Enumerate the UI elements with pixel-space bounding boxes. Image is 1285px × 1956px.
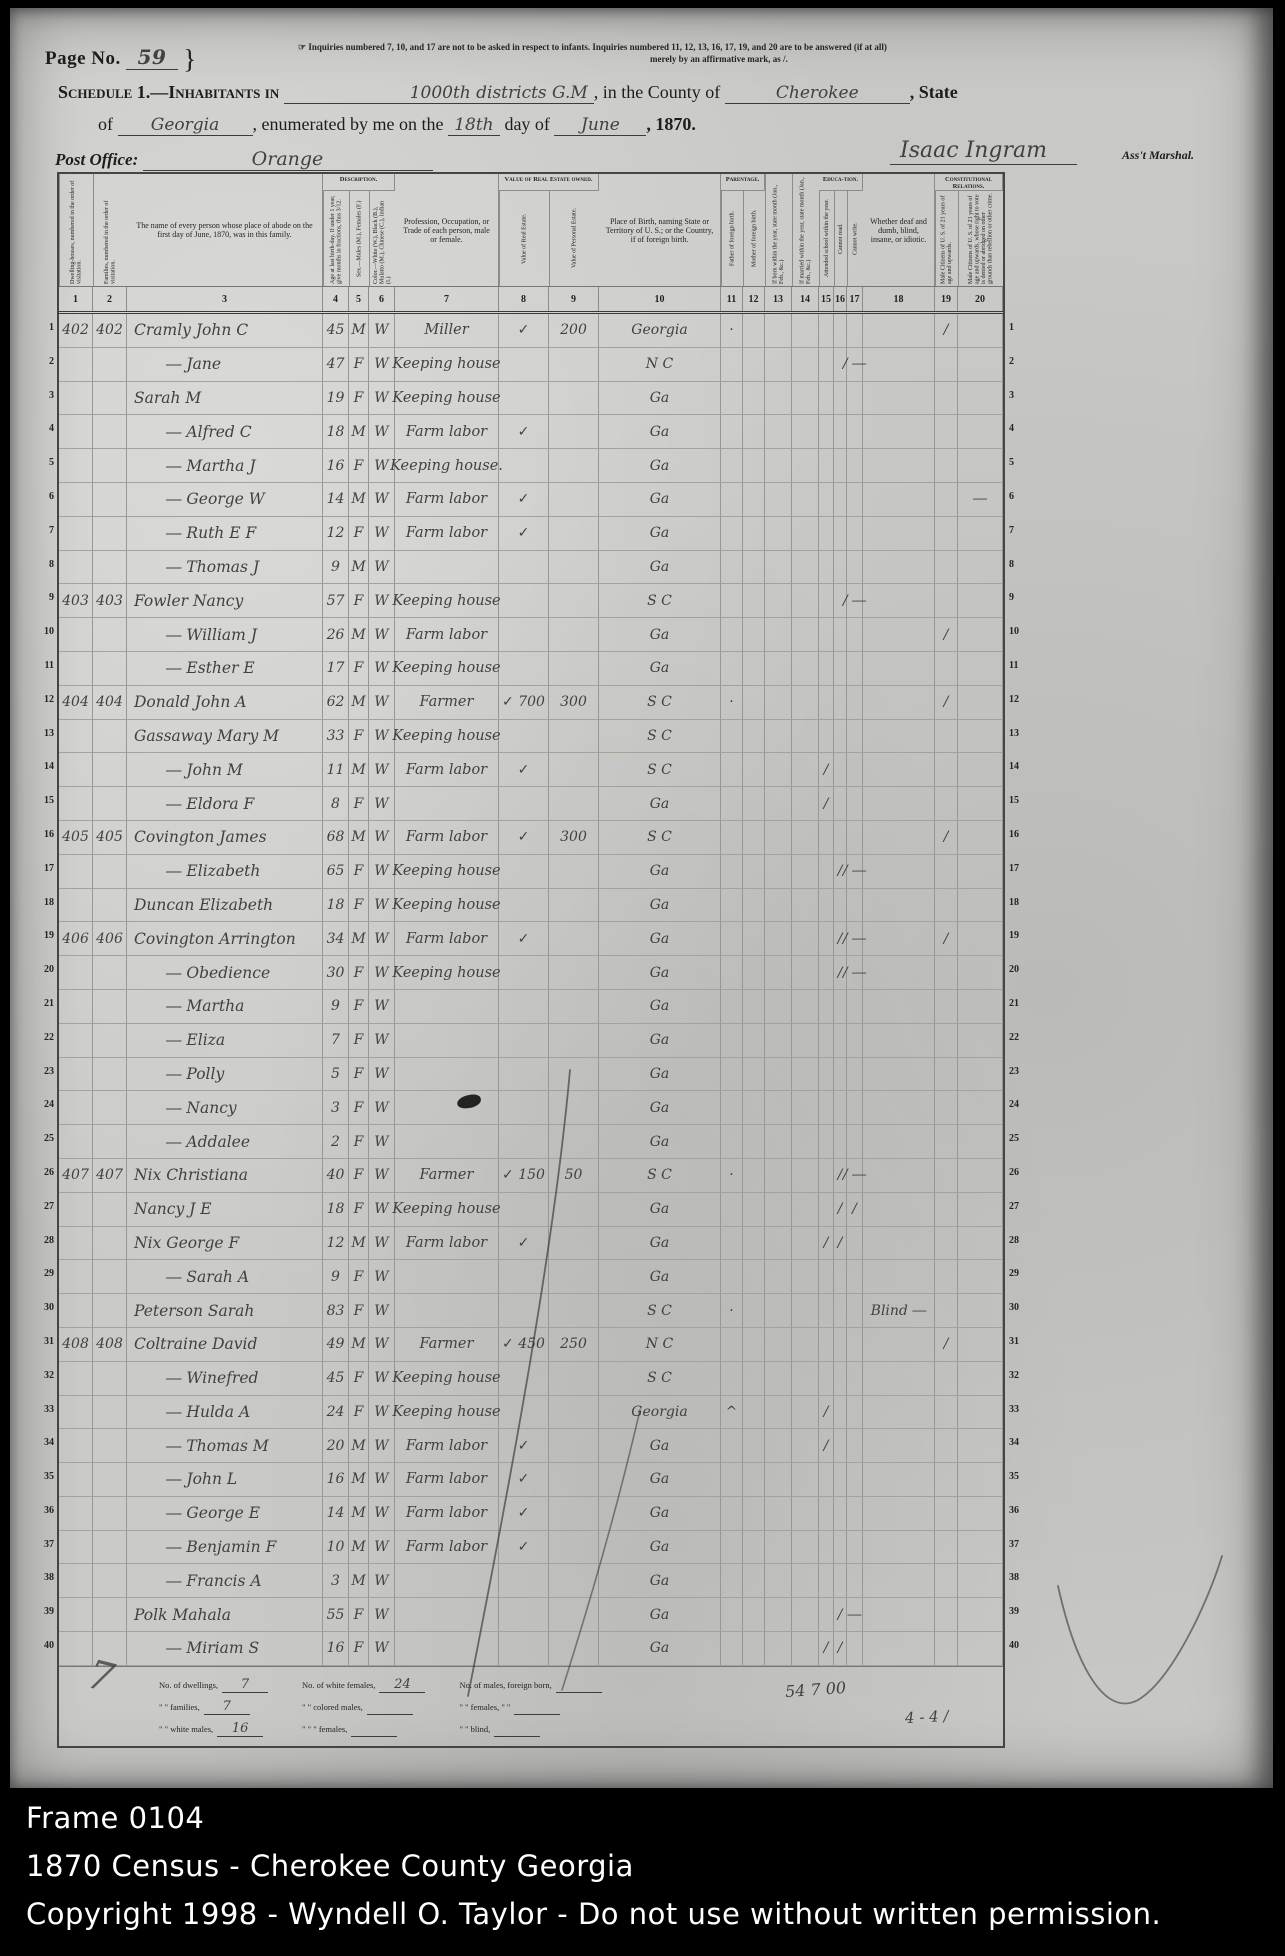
cell-r7-c12 (743, 517, 765, 551)
cell-text: ✓ (518, 829, 530, 845)
cell-r6-c7: Farm labor (395, 483, 499, 517)
cell-r21-c3: ― Martha (127, 990, 323, 1024)
cell-text: · (729, 322, 733, 338)
cell-text: ✓ (518, 1235, 530, 1251)
cell-text: Keeping house (392, 593, 500, 609)
table-row-31: 408408Coltraine David49MWFarmer✓ 450250N… (59, 1328, 1003, 1362)
gutter-left-row-25: 25 (38, 1124, 54, 1158)
cell-r9-c17: / ― (847, 584, 863, 618)
cell-r17-c13 (765, 855, 792, 889)
gutter-left-row-19: 19 (38, 921, 54, 955)
cell-r16-c3: Covington James (127, 821, 323, 855)
gutter-left-row-36: 36 (38, 1496, 54, 1530)
cell-text: Ga (650, 458, 670, 474)
gutter-right-row-5: 5 (1009, 448, 1025, 482)
cell-r11-c1 (59, 652, 93, 686)
column-number-7: 7 (395, 287, 499, 311)
cell-r33-c15: / (819, 1396, 834, 1430)
cell-r31-c11 (721, 1328, 743, 1362)
cell-text: W (374, 660, 388, 676)
cell-text: Georgia (631, 1404, 687, 1420)
cell-r29-c16 (834, 1260, 847, 1294)
tally-value-text (372, 1721, 376, 1736)
gutter-right-row-16: 16 (1009, 820, 1025, 854)
cell-text: Keeping house (392, 1201, 500, 1217)
form-instructions-line2: merely by an affirmative mark, as /. (650, 54, 788, 64)
cell-r27-c1 (59, 1193, 93, 1227)
gutter-right-row-11: 11 (1009, 651, 1025, 685)
cell-r3-c12 (743, 382, 765, 416)
cell-text: W (374, 762, 388, 778)
cell-r2-c3: ― Jane (127, 348, 323, 382)
year-label: , 1870. (646, 114, 696, 134)
cell-r19-c4: 34 (323, 922, 349, 956)
cell-text: ✓ (518, 322, 530, 338)
cell-text: ― Winefred (134, 1369, 258, 1387)
cell-text: ✓ 150 (502, 1167, 545, 1183)
group-header-constitutional: Constitutional Relations. (935, 174, 1003, 191)
cell-r24-c10: Ga (599, 1091, 721, 1125)
cell-text: 200 (560, 322, 587, 338)
cell-r3-c2 (93, 382, 127, 416)
cell-text: Ga (650, 1438, 670, 1454)
state-value: Georgia (118, 115, 253, 136)
cell-r22-c19 (935, 1024, 958, 1058)
cell-r35-c17 (847, 1463, 863, 1497)
cell-r1-c2: 402 (93, 314, 127, 348)
cell-text: Farm labor (406, 491, 487, 507)
tally-value (494, 1721, 540, 1737)
cell-text: N C (646, 1336, 673, 1352)
cell-r19-c11 (721, 922, 743, 956)
cell-r31-c4: 49 (323, 1328, 349, 1362)
cell-r22-c7 (395, 1024, 499, 1058)
cell-r17-c14 (792, 855, 819, 889)
cell-r36-c7: Farm labor (395, 1497, 499, 1531)
cell-r30-c13 (765, 1294, 792, 1328)
cell-r37-c9 (549, 1531, 599, 1565)
cell-r2-c7: Keeping house (395, 348, 499, 382)
cell-text: Farm labor (406, 525, 487, 541)
cell-r32-c10: S C (599, 1362, 721, 1396)
cell-r30-c9 (549, 1294, 599, 1328)
cell-r6-c18 (863, 483, 935, 517)
cell-text: 406 (62, 931, 89, 947)
cell-r8-c6: W (369, 551, 395, 585)
cell-r32-c14 (792, 1362, 819, 1396)
cell-text: Peterson Sarah (134, 1302, 254, 1320)
cell-r39-c7 (395, 1598, 499, 1632)
cell-r17-c8 (499, 855, 549, 889)
cell-text: / (824, 1404, 829, 1420)
cell-r12-c11: · (721, 686, 743, 720)
cell-text: F (354, 897, 364, 913)
cell-r30-c8 (499, 1294, 549, 1328)
cell-r21-c10: Ga (599, 990, 721, 1024)
cell-r9-c11 (721, 584, 743, 618)
column-heading-6: Color.—White (W.), Black (B.), Mulatto (… (369, 191, 395, 286)
cell-r13-c17 (847, 720, 863, 754)
cell-text: 68 (327, 829, 345, 845)
cell-r6-c9 (549, 483, 599, 517)
cell-text: W (374, 458, 388, 474)
cell-text: W (374, 998, 388, 1014)
column-number-2: 2 (93, 287, 127, 311)
column-number-19: 19 (935, 287, 958, 311)
cell-text: F (354, 1167, 364, 1183)
cell-r9-c3: Fowler Nancy (127, 584, 323, 618)
cell-r27-c5: F (349, 1193, 369, 1227)
column-heading-17: Cannot write. (847, 191, 863, 286)
cell-r38-c18 (863, 1564, 935, 1598)
cell-r1-c14 (792, 314, 819, 348)
cell-text: 40 (327, 1167, 345, 1183)
cell-r14-c18 (863, 753, 935, 787)
column-number-4: 4 (323, 287, 349, 311)
cell-r19-c18 (863, 922, 935, 956)
cell-r5-c3: ― Martha J (127, 449, 323, 483)
cell-r3-c7: Keeping house (395, 382, 499, 416)
cell-r4-c20 (958, 415, 1003, 449)
gutter-right-row-19: 19 (1009, 921, 1025, 955)
cell-r26-c13 (765, 1159, 792, 1193)
cell-r15-c17 (847, 787, 863, 821)
cell-r29-c8 (499, 1260, 549, 1294)
cell-r14-c19 (935, 753, 958, 787)
gutter-right-row-10: 10 (1009, 617, 1025, 651)
cell-text: S C (647, 829, 672, 845)
cell-r13-c19 (935, 720, 958, 754)
cell-r37-c1 (59, 1531, 93, 1565)
cell-text: / (944, 1336, 949, 1352)
cell-text: M (351, 627, 365, 643)
cell-text: Ga (650, 660, 670, 676)
cell-r8-c7 (395, 551, 499, 585)
cell-r5-c1 (59, 449, 93, 483)
cell-r36-c14 (792, 1497, 819, 1531)
cell-r1-c5: M (349, 314, 369, 348)
gutter-right-row-1: 1 (1009, 313, 1025, 347)
cell-r12-c19: / (935, 686, 958, 720)
cell-r13-c13 (765, 720, 792, 754)
cell-text: W (374, 1404, 388, 1420)
cell-r20-c15 (819, 956, 834, 990)
column-heading-14: If married within the year, state month … (792, 174, 819, 286)
cell-r2-c12 (743, 348, 765, 382)
cell-r15-c8 (499, 787, 549, 821)
cell-r21-c5: F (349, 990, 369, 1024)
cell-r30-c16 (834, 1294, 847, 1328)
cell-r27-c7: Keeping house (395, 1193, 499, 1227)
cell-r12-c12 (743, 686, 765, 720)
column-heading-19: Male Citizens of U. S. of 21 years of ag… (935, 191, 958, 286)
cell-r40-c19 (935, 1632, 958, 1666)
cell-r34-c10: Ga (599, 1429, 721, 1463)
table-row-36: ― George E14MWFarm labor✓Ga (59, 1497, 1003, 1531)
cell-text: M (351, 322, 365, 338)
cell-r15-c7 (395, 787, 499, 821)
cell-r33-c10: Georgia (599, 1396, 721, 1430)
cell-r3-c13 (765, 382, 792, 416)
cell-r11-c13 (765, 652, 792, 686)
cell-text: M (351, 1505, 365, 1521)
cell-text: W (374, 1100, 388, 1116)
cell-r16-c17 (847, 821, 863, 855)
cell-r29-c9 (549, 1260, 599, 1294)
cell-r6-c3: ― George W (127, 483, 323, 517)
cell-r9-c12 (743, 584, 765, 618)
column-number-12: 12 (743, 287, 765, 311)
cell-r17-c18 (863, 855, 935, 889)
column-heading-9: Value of Personal Estate. (549, 191, 599, 286)
cell-r14-c13 (765, 753, 792, 787)
cell-r34-c2 (93, 1429, 127, 1463)
table-row-11: ― Esther E17FWKeeping houseGa (59, 652, 1003, 686)
cell-r23-c17 (847, 1058, 863, 1092)
cell-r21-c17 (847, 990, 863, 1024)
table-row-4: ― Alfred C18MWFarm labor✓Ga (59, 415, 1003, 449)
gutter-left-row-29: 29 (38, 1259, 54, 1293)
cell-r24-c15 (819, 1091, 834, 1125)
cell-r8-c16 (834, 551, 847, 585)
gutter-left-row-39: 39 (38, 1597, 54, 1631)
cell-r26-c6: W (369, 1159, 395, 1193)
cell-r28-c1 (59, 1227, 93, 1261)
cell-r14-c15: / (819, 753, 834, 787)
cell-r1-c18 (863, 314, 935, 348)
cell-r32-c2 (93, 1362, 127, 1396)
cell-r11-c15 (819, 652, 834, 686)
cell-r19-c5: M (349, 922, 369, 956)
page-number-line: Page No. 59 } (45, 40, 197, 71)
cell-r2-c2 (93, 348, 127, 382)
cell-text: W (374, 525, 388, 541)
cell-r36-c10: Ga (599, 1497, 721, 1531)
cell-r3-c8 (499, 382, 549, 416)
cell-r10-c11 (721, 618, 743, 652)
cell-r35-c9 (549, 1463, 599, 1497)
cell-r37-c19 (935, 1531, 958, 1565)
cell-r2-c9 (549, 348, 599, 382)
cell-r33-c3: ― Hulda A (127, 1396, 323, 1430)
cell-r11-c11 (721, 652, 743, 686)
cell-r33-c5: F (349, 1396, 369, 1430)
cell-r33-c11: ^ (721, 1396, 743, 1430)
cell-r36-c8: ✓ (499, 1497, 549, 1531)
cell-r18-c8 (499, 889, 549, 923)
cell-r17-c15 (819, 855, 834, 889)
cell-text: F (354, 796, 364, 812)
cell-r37-c8: ✓ (499, 1531, 549, 1565)
cell-r23-c2 (93, 1058, 127, 1092)
cell-r29-c6: W (369, 1260, 395, 1294)
column-heading-18: Whether deaf and dumb, blind, insane, or… (863, 174, 935, 286)
cell-text: 45 (327, 1370, 345, 1386)
cell-r40-c20 (958, 1632, 1003, 1666)
cell-r18-c15 (819, 889, 834, 923)
cell-r25-c17 (847, 1125, 863, 1159)
gutter-right-row-21: 21 (1009, 989, 1025, 1023)
cell-r4-c12 (743, 415, 765, 449)
cell-text: ^ (726, 1404, 738, 1420)
cell-text: S C (647, 728, 672, 744)
cell-r33-c18 (863, 1396, 935, 1430)
tally-value: 24 (379, 1677, 425, 1693)
cell-r20-c9 (549, 956, 599, 990)
cell-r24-c16 (834, 1091, 847, 1125)
cell-r23-c14 (792, 1058, 819, 1092)
cell-r34-c18 (863, 1429, 935, 1463)
cell-text: Ga (650, 1539, 670, 1555)
cell-text: ― Eliza (134, 1031, 225, 1049)
cell-r19-c17: / ― (847, 922, 863, 956)
cell-r22-c17 (847, 1024, 863, 1058)
cell-r9-c7: Keeping house (395, 584, 499, 618)
cell-text: 30 (327, 965, 345, 981)
cell-r10-c14 (792, 618, 819, 652)
cell-r16-c15 (819, 821, 834, 855)
cell-text: 405 (96, 829, 123, 845)
table-row-17: ― Elizabeth65FWKeeping houseGa// ― (59, 855, 1003, 889)
cell-r15-c4: 8 (323, 787, 349, 821)
cell-r34-c4: 20 (323, 1429, 349, 1463)
cell-r29-c11 (721, 1260, 743, 1294)
column-number-10: 10 (599, 287, 721, 311)
cell-r21-c2 (93, 990, 127, 1024)
cell-text: 2 (331, 1134, 340, 1150)
cell-r15-c2 (93, 787, 127, 821)
cell-text: W (374, 1066, 388, 1082)
cell-r7-c10: Ga (599, 517, 721, 551)
cell-r11-c18 (863, 652, 935, 686)
cell-r8-c2 (93, 551, 127, 585)
column-number-20: 20 (958, 287, 1003, 311)
tally-value (514, 1699, 560, 1715)
cell-r4-c14 (792, 415, 819, 449)
cell-text: 14 (327, 1505, 345, 1521)
cell-r34-c1 (59, 1429, 93, 1463)
cell-text: F (354, 1303, 364, 1319)
cell-r26-c2: 407 (93, 1159, 127, 1193)
cell-r38-c13 (765, 1564, 792, 1598)
cell-r5-c4: 16 (323, 449, 349, 483)
cell-r31-c16 (834, 1328, 847, 1362)
cell-r2-c17: / ― (847, 348, 863, 382)
cell-r33-c20 (958, 1396, 1003, 1430)
cell-text: Cramly John C (134, 321, 248, 339)
cell-r18-c19 (935, 889, 958, 923)
cell-text: F (354, 1134, 364, 1150)
cell-r21-c16 (834, 990, 847, 1024)
cell-text: ― Esther E (134, 659, 255, 677)
cell-r7-c5: F (349, 517, 369, 551)
cell-r28-c8: ✓ (499, 1227, 549, 1261)
cell-r20-c5: F (349, 956, 369, 990)
cell-text: W (374, 863, 388, 879)
cell-text: Blind ― (871, 1303, 927, 1319)
cell-r39-c1 (59, 1598, 93, 1632)
cell-text: W (374, 1336, 388, 1352)
cell-text: Ga (650, 1607, 670, 1623)
column-number-6: 6 (369, 287, 395, 311)
cell-r4-c5: M (349, 415, 369, 449)
cell-text: F (354, 1201, 364, 1217)
cell-r20-c19 (935, 956, 958, 990)
cell-text: W (374, 1303, 388, 1319)
cell-r26-c11: · (721, 1159, 743, 1193)
cell-text: S C (647, 762, 672, 778)
column-number-11: 11 (721, 287, 743, 311)
cell-text: 18 (327, 897, 345, 913)
cell-r17-c20 (958, 855, 1003, 889)
cell-r38-c5: M (349, 1564, 369, 1598)
gutter-left-row-4: 4 (38, 414, 54, 448)
cell-r7-c3: ― Ruth E F (127, 517, 323, 551)
cell-r34-c16 (834, 1429, 847, 1463)
cell-r16-c20 (958, 821, 1003, 855)
cell-r11-c9 (549, 652, 599, 686)
month-value: June (554, 115, 646, 136)
cell-r10-c1 (59, 618, 93, 652)
cell-r27-c4: 18 (323, 1193, 349, 1227)
cell-r12-c16 (834, 686, 847, 720)
cell-r22-c11 (721, 1024, 743, 1058)
cell-r30-c5: F (349, 1294, 369, 1328)
cell-r2-c4: 47 (323, 348, 349, 382)
cell-text: Farmer (420, 694, 474, 710)
cell-r6-c17 (847, 483, 863, 517)
cell-r1-c3: Cramly John C (127, 314, 323, 348)
cell-text: 57 (327, 593, 345, 609)
cell-text: W (374, 559, 388, 575)
cell-text: · (729, 694, 733, 710)
cell-text: 65 (327, 863, 345, 879)
cell-text: W (374, 897, 388, 913)
column-heading-10: Place of Birth, naming State or Territor… (599, 174, 721, 286)
gutter-left-row-21: 21 (38, 989, 54, 1023)
gutter-right-row-4: 4 (1009, 414, 1025, 448)
cell-text: Ga (650, 897, 670, 913)
cell-r39-c9 (549, 1598, 599, 1632)
cell-r25-c2 (93, 1125, 127, 1159)
cell-r24-c13 (765, 1091, 792, 1125)
cell-text: 407 (96, 1167, 123, 1183)
cell-r24-c14 (792, 1091, 819, 1125)
cell-text: 19 (327, 390, 345, 406)
cell-text: F (354, 863, 364, 879)
post-office-value: Orange (143, 148, 433, 171)
cell-text: M (351, 694, 365, 710)
cell-r14-c5: M (349, 753, 369, 787)
cell-text: 408 (96, 1336, 123, 1352)
cell-r28-c20 (958, 1227, 1003, 1261)
cell-text: 402 (96, 322, 123, 338)
cell-r4-c11 (721, 415, 743, 449)
gutter-right-row-8: 8 (1009, 550, 1025, 584)
gutter-left-row-6: 6 (38, 482, 54, 516)
cell-r2-c18 (863, 348, 935, 382)
cell-r9-c9 (549, 584, 599, 618)
table-row-10: ― William J26MWFarm laborGa/ (59, 618, 1003, 652)
cell-r26-c12 (743, 1159, 765, 1193)
column-number-14: 14 (792, 287, 819, 311)
cell-r8-c20 (958, 551, 1003, 585)
cell-r26-c3: Nix Christiana (127, 1159, 323, 1193)
cell-r32-c3: ― Winefred (127, 1362, 323, 1396)
cell-r6-c15 (819, 483, 834, 517)
cell-r34-c7: Farm labor (395, 1429, 499, 1463)
cell-r22-c12 (743, 1024, 765, 1058)
